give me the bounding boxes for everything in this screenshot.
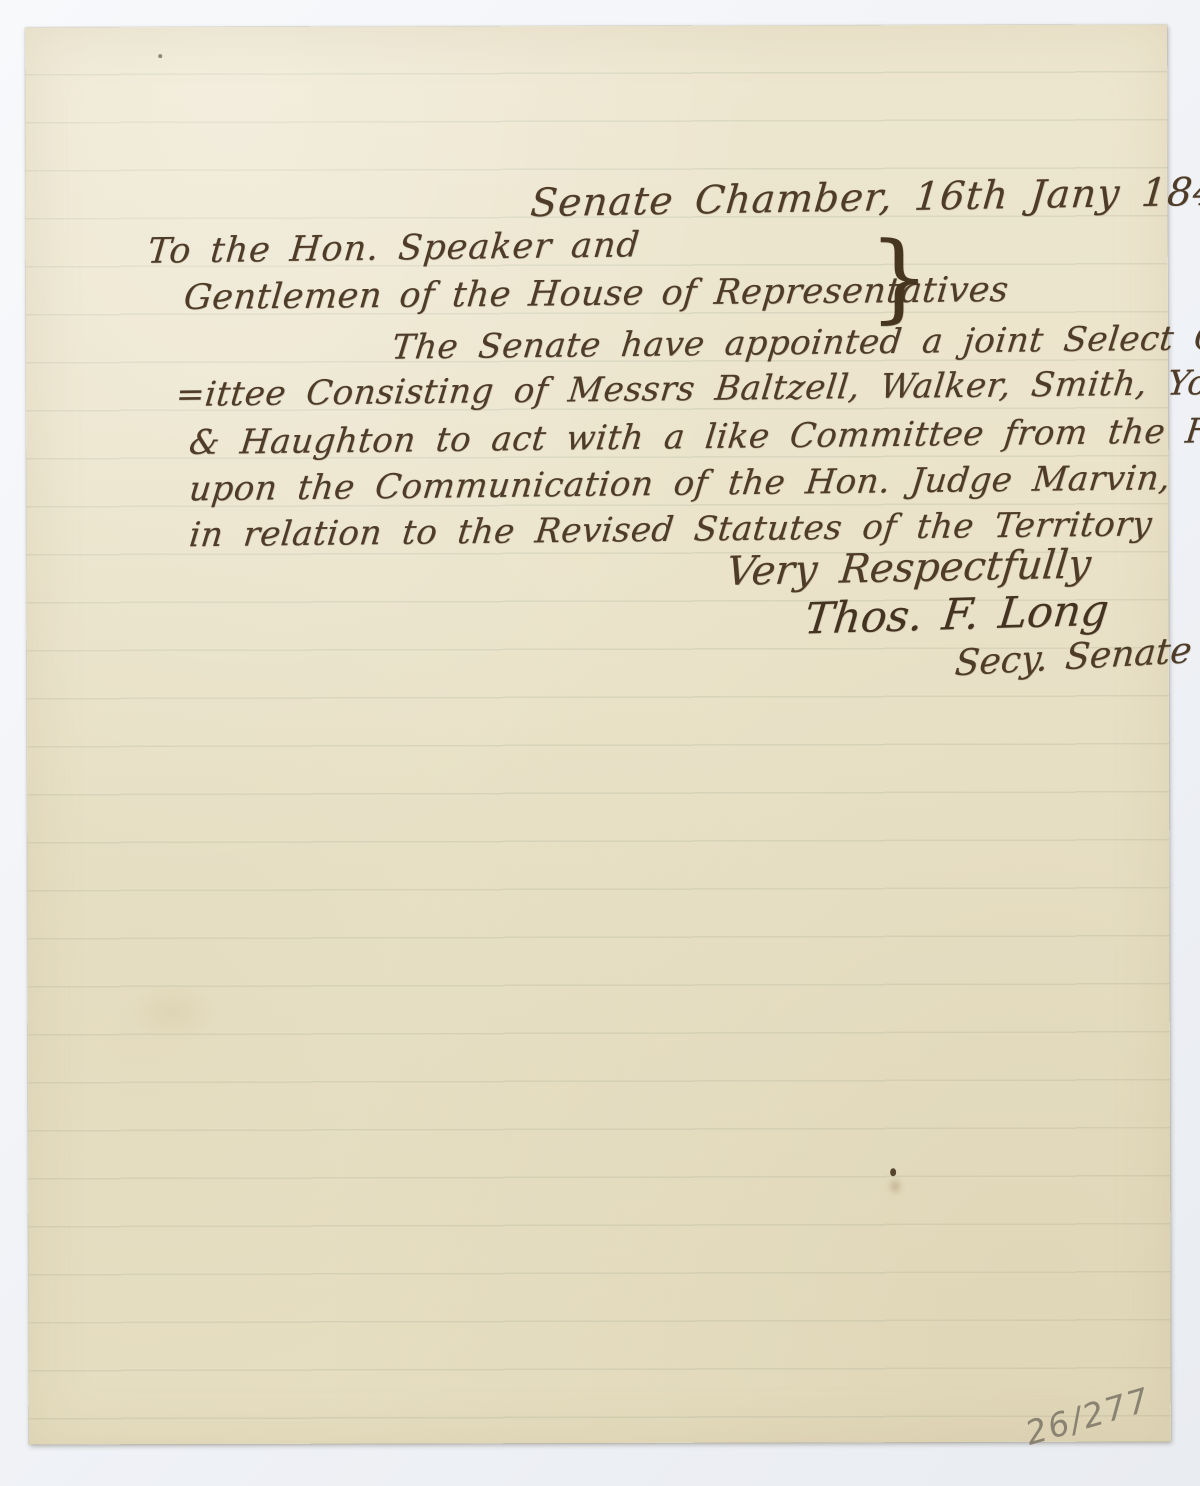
salutation-brace: } [869,221,930,333]
archival-number-pencil: 26/277 [1021,1380,1155,1453]
paper-stain [128,982,218,1042]
scan-background: Senate Chamber, 16th Jany 1843 To the Ho… [0,0,1200,1486]
signature: Thos. F. Long [802,586,1111,645]
letter-paper: Senate Chamber, 16th Jany 1843 To the Ho… [25,25,1171,1445]
paper-notch-mark [158,54,162,58]
body-line-3: & Haughton to act with a like Committee … [187,410,1200,463]
body-line-2: =ittee Consisting of Messrs Baltzell, Wa… [174,362,1200,415]
body-line-4: upon the Communication of the Hon. Judge… [187,458,1172,509]
salutation-line-1: To the Hon. Speaker and [146,225,642,271]
ink-speck-stain [890,1168,896,1176]
dateline: Senate Chamber, 16th Jany 1843 [529,169,1200,226]
body-line-1: The Senate have appointed a joint Select… [390,317,1200,368]
